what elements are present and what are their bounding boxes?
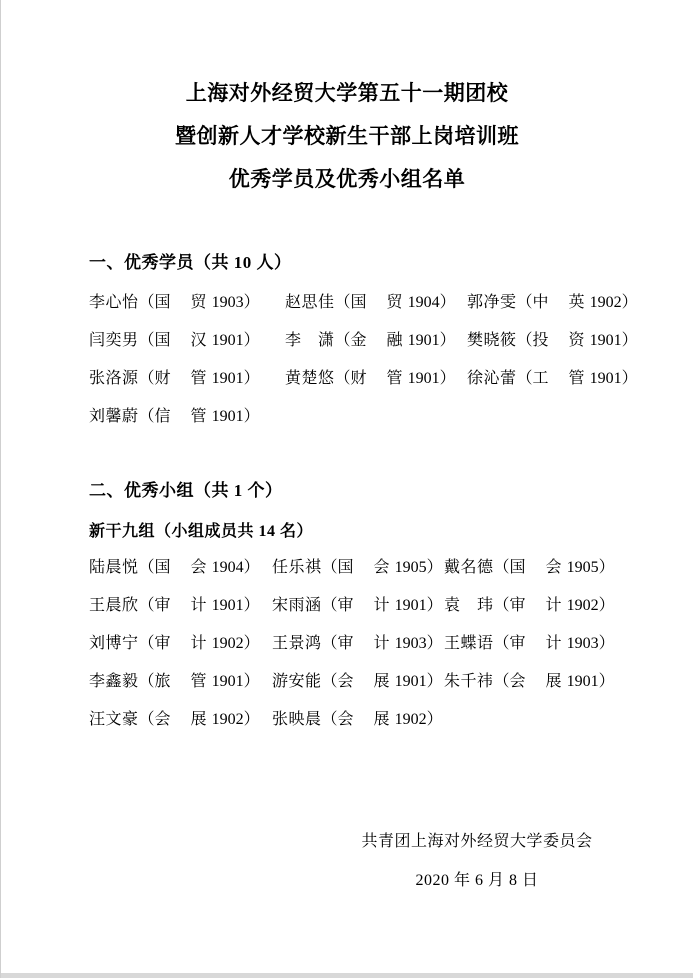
major-char-1: 国 <box>155 332 171 349</box>
major-char-1: 财 <box>351 370 367 387</box>
close-paren: ） <box>599 673 615 690</box>
person-name: 汪文豪 <box>89 711 139 728</box>
class-number: 1901 <box>212 332 244 349</box>
open-paren: （ <box>322 673 338 690</box>
section-1-name-list: 李心怡（国贸1903）赵思佳（国贸1904）郭净雯（中英1902）闫奕男（国汉1… <box>89 284 638 436</box>
open-paren: （ <box>139 559 155 576</box>
open-paren: （ <box>139 635 155 652</box>
class-number: 1901 <box>395 597 427 614</box>
major-char-2: 计 <box>374 597 390 614</box>
class-number: 1901 <box>408 370 440 387</box>
class-number: 1901 <box>212 673 244 690</box>
person-name: 李鑫毅 <box>89 673 139 690</box>
person-name: 王晨欣 <box>89 597 139 614</box>
person-entry: 宋雨涵（审计1901） <box>272 587 444 625</box>
person-name: 王景鸿 <box>272 635 322 652</box>
close-paren: ） <box>244 711 260 728</box>
person-entry: 刘馨蔚（信管1901） <box>89 398 285 436</box>
major-char-1: 金 <box>351 332 367 349</box>
major-char-1: 审 <box>338 597 354 614</box>
open-paren: （ <box>139 294 155 311</box>
name-row: 李心怡（国贸1903）赵思佳（国贸1904）郭净雯（中英1902） <box>89 284 638 322</box>
major-char-2: 贸 <box>191 294 207 311</box>
major-char-2: 展 <box>546 673 562 690</box>
person-name: 李心怡 <box>89 294 139 311</box>
close-paren: ） <box>440 332 456 349</box>
major-char-2: 展 <box>191 711 207 728</box>
name-row: 汪文豪（会展1902）张映晨（会展1902） <box>89 701 615 739</box>
title-line-2: 暨创新人才学校新生干部上岗培训班 <box>1 115 693 158</box>
major-char-2: 展 <box>374 673 390 690</box>
close-paren: ） <box>244 635 260 652</box>
open-paren: （ <box>517 294 533 311</box>
person-entry: 王景鸿（审计1903） <box>272 625 444 663</box>
person-name: 戴名德 <box>444 559 494 576</box>
class-number: 1903 <box>212 294 244 311</box>
document-footer: 共青团上海对外经贸大学委员会 2020 年 6 月 8 日 <box>337 822 617 900</box>
person-entry: 袁 玮（审计1902） <box>444 587 615 625</box>
open-paren: （ <box>139 332 155 349</box>
section-2-name-list: 陆晨悦（国会1904）任乐祺（国会1905）戴名德（国会1905）王晨欣（审计1… <box>89 549 615 739</box>
class-number: 1901 <box>212 370 244 387</box>
close-paren: ） <box>244 408 260 425</box>
open-paren: （ <box>517 370 533 387</box>
person-name: 郭净雯 <box>467 294 517 311</box>
class-number: 1901 <box>212 597 244 614</box>
major-char-1: 旅 <box>155 673 171 690</box>
major-char-1: 审 <box>155 635 171 652</box>
major-char-1: 审 <box>338 635 354 652</box>
class-number: 1901 <box>590 370 622 387</box>
person-entry: 游安能（会展1901） <box>272 663 444 701</box>
close-paren: ） <box>244 370 260 387</box>
close-paren: ） <box>622 332 638 349</box>
class-number: 1902 <box>567 597 599 614</box>
person-name: 宋雨涵 <box>272 597 322 614</box>
open-paren: （ <box>494 635 510 652</box>
class-number: 1903 <box>567 635 599 652</box>
class-number: 1904 <box>408 294 440 311</box>
person-name: 李 潇 <box>285 332 335 349</box>
class-number: 1903 <box>395 635 427 652</box>
title-line-3: 优秀学员及优秀小组名单 <box>1 158 693 201</box>
close-paren: ） <box>622 294 638 311</box>
close-paren: ） <box>427 711 443 728</box>
open-paren: （ <box>335 370 351 387</box>
close-paren: ） <box>622 370 638 387</box>
major-char-2: 计 <box>546 597 562 614</box>
major-char-1: 会 <box>338 711 354 728</box>
person-entry: 任乐祺（国会1905） <box>272 549 444 587</box>
person-entry: 张洛源（财管1901） <box>89 360 285 398</box>
open-paren: （ <box>494 597 510 614</box>
close-paren: ） <box>599 559 615 576</box>
open-paren: （ <box>139 673 155 690</box>
major-char-2: 管 <box>569 370 585 387</box>
person-name: 闫奕男 <box>89 332 139 349</box>
major-char-2: 会 <box>191 559 207 576</box>
name-row: 刘馨蔚（信管1901） <box>89 398 638 436</box>
major-char-2: 英 <box>569 294 585 311</box>
class-number: 1905 <box>567 559 599 576</box>
major-char-1: 工 <box>533 370 549 387</box>
section-1-heading: 一、优秀学员（共 10 人） <box>89 248 292 273</box>
major-char-2: 会 <box>546 559 562 576</box>
person-name: 张映晨 <box>272 711 322 728</box>
name-row: 陆晨悦（国会1904）任乐祺（国会1905）戴名德（国会1905） <box>89 549 615 587</box>
class-number: 1904 <box>212 559 244 576</box>
person-entry: 戴名德（国会1905） <box>444 549 615 587</box>
group-name-heading: 新干九组（小组成员共 14 名） <box>89 518 313 541</box>
major-char-1: 中 <box>533 294 549 311</box>
close-paren: ） <box>427 597 443 614</box>
person-entry: 赵思佳（国贸1904） <box>285 284 467 322</box>
major-char-1: 财 <box>155 370 171 387</box>
person-entry: 朱千祎（会展1901） <box>444 663 615 701</box>
major-char-2: 计 <box>191 635 207 652</box>
person-entry: 王蝶语（审计1903） <box>444 625 615 663</box>
person-name: 袁 玮 <box>444 597 494 614</box>
person-name: 张洛源 <box>89 370 139 387</box>
major-char-1: 会 <box>155 711 171 728</box>
person-name: 徐沁蕾 <box>467 370 517 387</box>
class-number: 1901 <box>567 673 599 690</box>
document-page: 上海对外经贸大学第五十一期团校 暨创新人才学校新生干部上岗培训班 优秀学员及优秀… <box>0 0 693 978</box>
major-char-2: 计 <box>546 635 562 652</box>
major-char-1: 审 <box>510 635 526 652</box>
major-char-1: 投 <box>533 332 549 349</box>
issue-date: 2020 年 6 月 8 日 <box>337 861 617 900</box>
person-entry: 黄楚悠（财管1901） <box>285 360 467 398</box>
section-2-heading: 二、优秀小组（共 1 个） <box>89 476 283 501</box>
person-entry: 刘博宁（审计1902） <box>89 625 272 663</box>
class-number: 1905 <box>395 559 427 576</box>
major-char-1: 国 <box>351 294 367 311</box>
major-char-2: 会 <box>374 559 390 576</box>
class-number: 1902 <box>212 635 244 652</box>
person-name: 王蝶语 <box>444 635 494 652</box>
major-char-1: 国 <box>510 559 526 576</box>
title-line-1: 上海对外经贸大学第五十一期团校 <box>1 72 693 115</box>
major-char-2: 管 <box>191 408 207 425</box>
person-entry: 闫奕男（国汉1901） <box>89 322 285 360</box>
close-paren: ） <box>244 597 260 614</box>
person-name: 赵思佳 <box>285 294 335 311</box>
person-entry: 王晨欣（审计1901） <box>89 587 272 625</box>
open-paren: （ <box>139 597 155 614</box>
open-paren: （ <box>322 711 338 728</box>
open-paren: （ <box>322 559 338 576</box>
person-name: 樊晓筱 <box>467 332 517 349</box>
person-name: 游安能 <box>272 673 322 690</box>
class-number: 1902 <box>395 711 427 728</box>
document-title: 上海对外经贸大学第五十一期团校 暨创新人才学校新生干部上岗培训班 优秀学员及优秀… <box>1 72 693 201</box>
person-entry: 郭净雯（中英1902） <box>467 284 638 322</box>
major-char-1: 信 <box>155 408 171 425</box>
person-name: 任乐祺 <box>272 559 322 576</box>
open-paren: （ <box>494 673 510 690</box>
close-paren: ） <box>427 635 443 652</box>
open-paren: （ <box>322 597 338 614</box>
major-char-2: 贸 <box>387 294 403 311</box>
close-paren: ） <box>440 370 456 387</box>
person-name: 黄楚悠 <box>285 370 335 387</box>
close-paren: ） <box>427 673 443 690</box>
major-char-2: 展 <box>374 711 390 728</box>
major-char-2: 管 <box>387 370 403 387</box>
major-char-1: 国 <box>155 294 171 311</box>
close-paren: ） <box>244 294 260 311</box>
class-number: 1902 <box>590 294 622 311</box>
class-number: 1901 <box>395 673 427 690</box>
major-char-2: 计 <box>374 635 390 652</box>
major-char-1: 会 <box>338 673 354 690</box>
open-paren: （ <box>494 559 510 576</box>
person-entry: 徐沁蕾（工管1901） <box>467 360 638 398</box>
major-char-2: 管 <box>191 370 207 387</box>
person-entry: 李 潇（金融1901） <box>285 322 467 360</box>
major-char-1: 审 <box>510 597 526 614</box>
name-row: 王晨欣（审计1901）宋雨涵（审计1901）袁 玮（审计1902） <box>89 587 615 625</box>
name-row: 闫奕男（国汉1901）李 潇（金融1901）樊晓筱（投资1901） <box>89 322 638 360</box>
major-char-2: 资 <box>569 332 585 349</box>
name-row: 张洛源（财管1901）黄楚悠（财管1901）徐沁蕾（工管1901） <box>89 360 638 398</box>
major-char-2: 汉 <box>191 332 207 349</box>
person-entry: 汪文豪（会展1902） <box>89 701 272 739</box>
major-char-2: 管 <box>191 673 207 690</box>
open-paren: （ <box>335 332 351 349</box>
close-paren: ） <box>599 635 615 652</box>
close-paren: ） <box>440 294 456 311</box>
class-number: 1901 <box>408 332 440 349</box>
person-name: 刘馨蔚 <box>89 408 139 425</box>
class-number: 1902 <box>212 711 244 728</box>
close-paren: ） <box>427 559 443 576</box>
major-char-2: 计 <box>191 597 207 614</box>
open-paren: （ <box>139 408 155 425</box>
major-char-1: 审 <box>155 597 171 614</box>
person-entry: 樊晓筱（投资1901） <box>467 322 638 360</box>
person-entry: 陆晨悦（国会1904） <box>89 549 272 587</box>
person-entry: 李鑫毅（旅管1901） <box>89 663 272 701</box>
class-number: 1901 <box>590 332 622 349</box>
close-paren: ） <box>599 597 615 614</box>
close-paren: ） <box>244 559 260 576</box>
class-number: 1901 <box>212 408 244 425</box>
open-paren: （ <box>517 332 533 349</box>
open-paren: （ <box>322 635 338 652</box>
person-name: 朱千祎 <box>444 673 494 690</box>
person-entry: 张映晨（会展1902） <box>272 701 444 739</box>
person-entry: 李心怡（国贸1903） <box>89 284 285 322</box>
page-edge <box>1 973 693 978</box>
name-row: 刘博宁（审计1902）王景鸿（审计1903）王蝶语（审计1903） <box>89 625 615 663</box>
open-paren: （ <box>139 711 155 728</box>
major-char-1: 会 <box>510 673 526 690</box>
issuing-organization: 共青团上海对外经贸大学委员会 <box>337 822 617 861</box>
major-char-1: 国 <box>338 559 354 576</box>
open-paren: （ <box>139 370 155 387</box>
person-name: 陆晨悦 <box>89 559 139 576</box>
close-paren: ） <box>244 332 260 349</box>
name-row: 李鑫毅（旅管1901）游安能（会展1901）朱千祎（会展1901） <box>89 663 615 701</box>
major-char-1: 国 <box>155 559 171 576</box>
close-paren: ） <box>244 673 260 690</box>
open-paren: （ <box>335 294 351 311</box>
person-name: 刘博宁 <box>89 635 139 652</box>
major-char-2: 融 <box>387 332 403 349</box>
